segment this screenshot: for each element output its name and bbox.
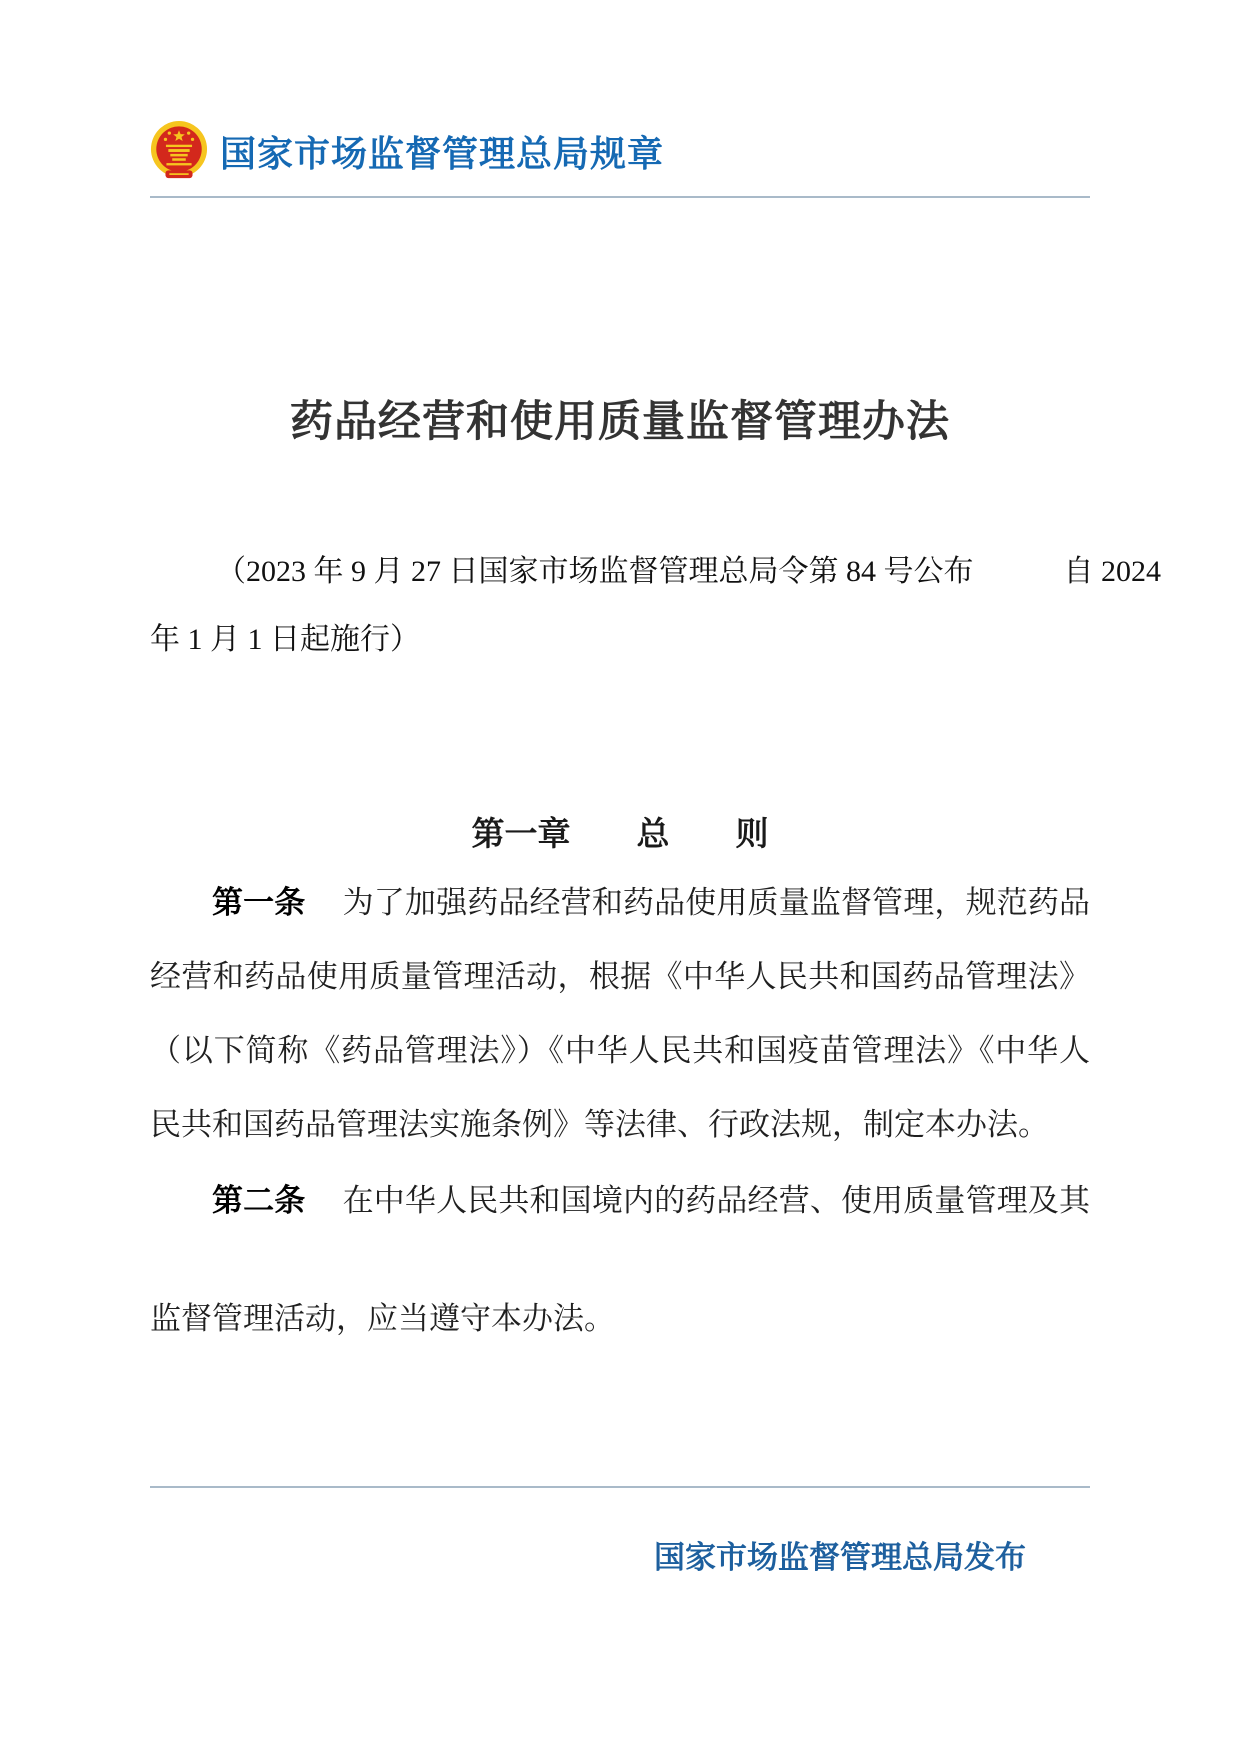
article-1-number-label: 第一条 (212, 885, 305, 920)
article-2-paragraph: 第二条在中华人民共和国境内的药品经营、使用质量管理及其监督管理活动，应当遵守本办… (150, 1142, 1090, 1378)
publication-note-line-1: （2023 年 9 月 27 日国家市场监督管理总局令第 84 号公布 自 20… (150, 538, 1110, 606)
document-title: 药品经营和使用质量监督管理办法 (150, 388, 1090, 449)
chapter-heading: 第一章 总 则 (150, 808, 1090, 855)
header-divider (150, 196, 1090, 198)
document-header: 国家市场监督管理总局规章 (150, 120, 664, 182)
publication-note-line-2: 年 1 月 1 日起施行） (150, 606, 1110, 674)
header-agency-label: 国家市场监督管理总局规章 (220, 126, 664, 177)
document-body: 第一条为了加强药品经营和药品使用质量监督管理，规范药品经营和药品使用质量管理活动… (150, 866, 1090, 1378)
article-2-number-label: 第二条 (212, 1183, 305, 1218)
footer-publisher-label: 国家市场监督管理总局发布 (150, 1532, 1090, 1577)
document-page: 国家市场监督管理总局规章 药品经营和使用质量监督管理办法 （2023 年 9 月… (0, 0, 1240, 1754)
china-national-emblem-icon (150, 120, 208, 182)
publication-note: （2023 年 9 月 27 日国家市场监督管理总局令第 84 号公布 自 20… (150, 538, 1110, 674)
article-1-text: 为了加强药品经营和药品使用质量监督管理，规范药品经营和药品使用质量管理活动，根据… (150, 885, 1090, 1142)
footer-divider (150, 1486, 1090, 1488)
article-1-paragraph: 第一条为了加强药品经营和药品使用质量监督管理，规范药品经营和药品使用质量管理活动… (150, 866, 1090, 1162)
